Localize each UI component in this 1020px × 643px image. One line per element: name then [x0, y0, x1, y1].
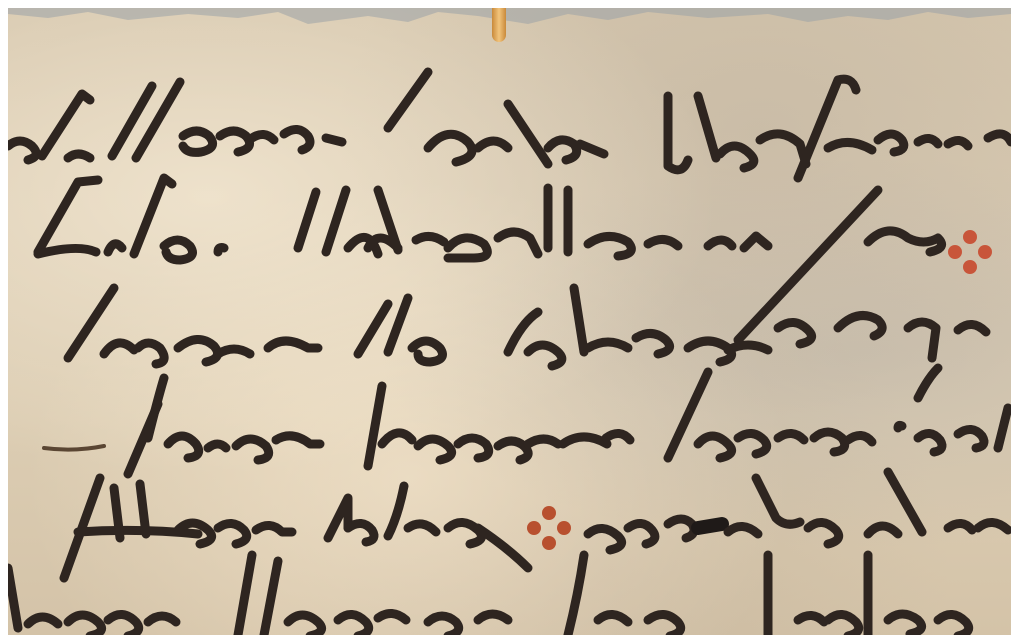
rubric-dot — [948, 245, 962, 259]
text-line-2 — [38, 178, 942, 340]
rubric-rosette-1 — [948, 230, 992, 274]
rubric-rosette-2 — [527, 506, 571, 550]
text-line-4 — [44, 372, 1008, 474]
text-line-6 — [8, 555, 969, 635]
rubric-dot — [542, 506, 556, 520]
rubric-dot — [527, 521, 541, 535]
rubric-dot — [557, 521, 571, 535]
rubric-dot — [542, 536, 556, 550]
manuscript-photo: Close-up photograph of a torn parchment … — [8, 8, 1011, 635]
rubric-dot — [963, 230, 977, 244]
text-line-3 — [68, 288, 986, 398]
text-line-1 — [8, 72, 1011, 178]
rubric-dot — [978, 245, 992, 259]
rubric-dot — [963, 260, 977, 274]
syriac-text — [8, 8, 1011, 635]
